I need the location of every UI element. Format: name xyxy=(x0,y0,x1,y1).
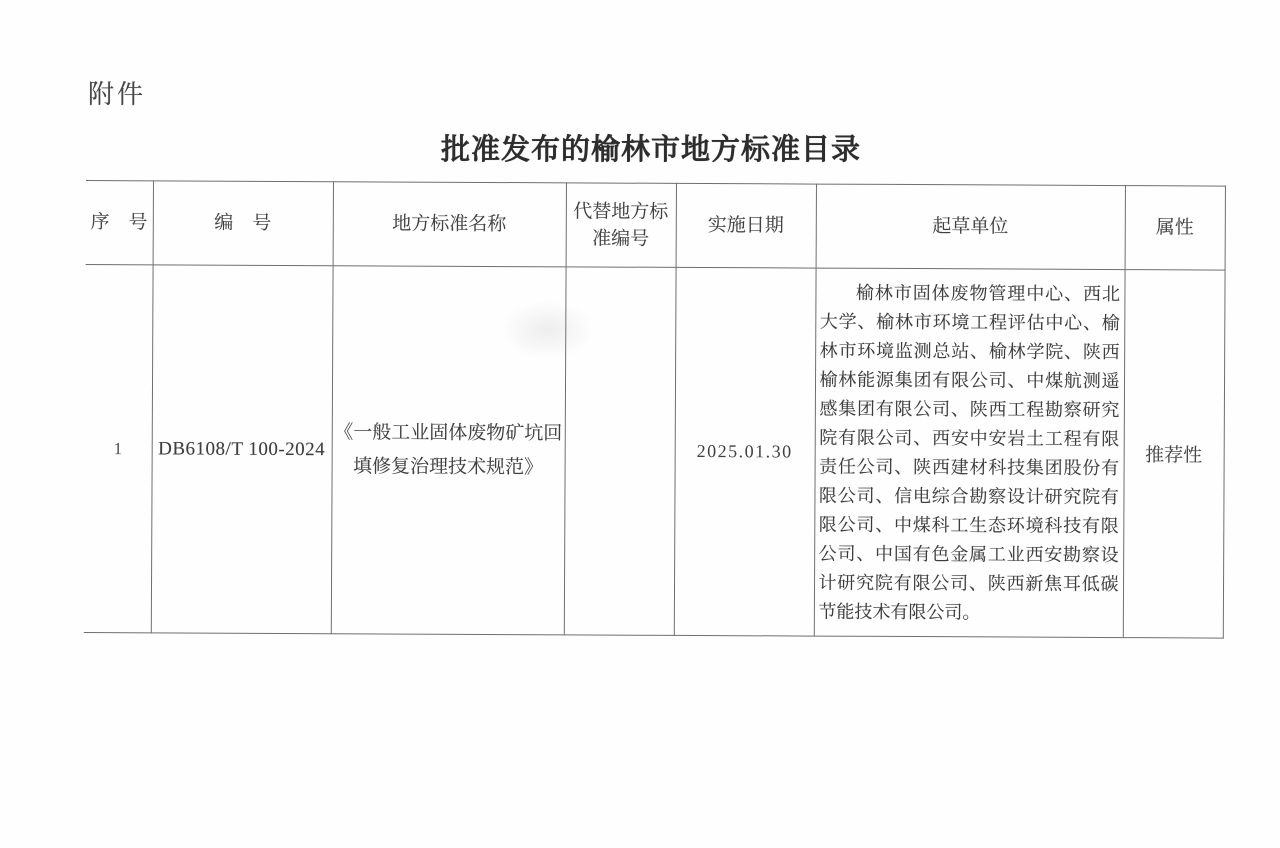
cell-drafting-units: 榆林市固体废物管理中心、西北大学、榆林市环境工程评估中心、榆林市环境监测总站、榆… xyxy=(814,268,1125,638)
column-header-attribute: 属性 xyxy=(1125,186,1225,270)
standard-name-text: 《一般工业固体废物矿坑回填修复治理技术规范》 xyxy=(332,416,564,485)
column-header-drafting-units: 起草单位 xyxy=(816,184,1125,270)
column-header-replaced-standard-code: 代替地方标准编号 xyxy=(566,183,676,268)
column-header-standard-name: 地方标准名称 xyxy=(333,182,566,267)
standards-table: 序 号 编 号 地方标准名称 代替地方标准编号 实施日期 起草单位 属性 1 D… xyxy=(84,180,1226,639)
cell-implementation-date: 2025.01.30 xyxy=(674,267,816,636)
cell-serial-number: 1 xyxy=(84,264,153,632)
drafting-units-text: 榆林市固体废物管理中心、西北大学、榆林市环境工程评估中心、榆林市环境监测总站、榆… xyxy=(818,278,1120,627)
table-header-row: 序 号 编 号 地方标准名称 代替地方标准编号 实施日期 起草单位 属性 xyxy=(86,181,1225,271)
column-header-standard-code: 编 号 xyxy=(153,181,333,266)
attachment-label: 附件 xyxy=(88,74,146,111)
cell-replaced-standard-code xyxy=(564,267,676,636)
cell-attribute: 推荐性 xyxy=(1123,270,1225,638)
cell-standard-code: DB6108/T 100-2024 xyxy=(151,265,333,634)
column-header-implementation-date: 实施日期 xyxy=(676,183,816,268)
column-header-serial-number: 序 号 xyxy=(86,181,153,265)
cell-standard-name: 《一般工业固体废物矿坑回填修复治理技术规范》 xyxy=(331,266,566,635)
scanned-document-page: 附件 批准发布的榆林市地方标准目录 序 号 编 号 地方标准名称 代替地方标准编… xyxy=(0,0,1280,848)
table-row: 1 DB6108/T 100-2024 《一般工业固体废物矿坑回填修复治理技术规… xyxy=(84,264,1225,638)
document-title: 批准发布的榆林市地方标准目录 xyxy=(11,127,1280,168)
